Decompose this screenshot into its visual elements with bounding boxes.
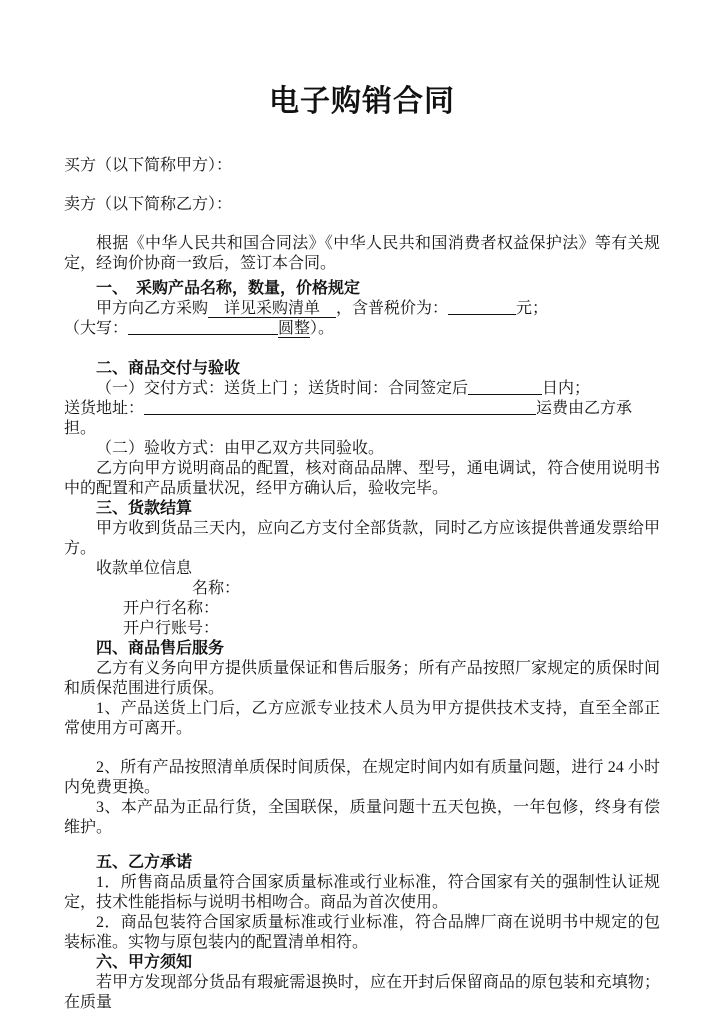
seller-promise-item-1: 1．所售商品质量符合国家质量标准或行业标准，符合国家有关的强制性认证规定，技术性… [64, 873, 660, 913]
amount-blank-underline [128, 320, 278, 335]
payee-name-label: 名称： [64, 579, 660, 599]
document-title: 电子购销合同 [64, 82, 660, 122]
delivery-address-line: 送货地址：运费由乙方承担。 [64, 399, 660, 439]
after-sales-item-3: 3、本产品为正品行货，全国联保，质量问题十五天包换，一年包修，终身有偿维护。 [64, 798, 660, 838]
purchase-prefix-text: 甲方向乙方采购 [96, 300, 208, 317]
preamble-paragraph: 根据《中华人民共和国合同法》《中华人民共和国消费者权益保护法》等有关规定，经询价… [64, 234, 660, 274]
delivery-prefix-text: （一）交付方式：送货上门 ；送货时间：合同签定后 [96, 380, 468, 397]
after-sales-item-1: 1、产品送货上门后，乙方应派专业技术人员为甲方提供技术支持，直至全部正常使用方可… [64, 699, 660, 739]
section-5-heading: 五、乙方承诺 [64, 853, 660, 873]
address-label-text: 送货地址： [64, 400, 144, 417]
party-a-line: 买方（以下简称甲方）： [64, 156, 660, 176]
bank-name-label: 开户行名称： [64, 599, 660, 619]
purchase-list-underlined-text: 详见采购清单 [208, 300, 336, 318]
acceptance-detail-paragraph: 乙方向甲方说明商品的配置，核对商品品牌、型号，通电调试，符合使用说明书中的配置和… [64, 459, 660, 499]
bank-account-label: 开户行账号： [64, 619, 660, 639]
after-sales-intro-paragraph: 乙方有义务向甲方提供质量保证和售后服务；所有产品按照厂家规定的质保时间和质保范围… [64, 659, 660, 699]
section-1-heading: 一、 采购产品名称，数量，价格规定 [64, 279, 660, 299]
buyer-notice-paragraph: 若甲方发现部分货品有瑕疵需退换时，应在开封后保留商品的原包装和充填物；在质量 [64, 973, 660, 1013]
acceptance-method-line: （二）验收方式：由甲乙双方共同验收。 [64, 439, 660, 459]
delivery-days-blank-underline [468, 380, 542, 395]
contract-content: 电子购销合同 买方（以下简称甲方）： 卖方（以下简称乙方）： 根据《中华人民共和… [0, 82, 720, 1013]
seller-promise-item-2: 2．商品包装符合国家质量标准或行业标准，符合品牌厂商在说明书中规定的包装标准。实… [64, 913, 660, 953]
section-4-heading: 四、商品售后服务 [64, 639, 660, 659]
purchase-suffix-text: 元； [516, 300, 548, 317]
after-sales-item-2: 2、所有产品按照清单质保时间质保，在规定时间内如有质量问题，进行 24 小时内免… [64, 758, 660, 798]
amount-close-text: ）。 [310, 320, 334, 337]
purchase-line: 甲方向乙方采购 详见采购清单 ，含普税价为：元； [64, 299, 660, 319]
payee-info-label: 收款单位信息 [64, 559, 660, 579]
delivery-suffix-text: 日内； [542, 380, 590, 397]
purchase-mid-text: ，含普税价为： [336, 300, 448, 317]
amount-suffix-underlined-text: 圆整 [278, 320, 310, 338]
amount-prefix-text: （大写： [64, 320, 128, 337]
price-blank-underline [448, 300, 516, 315]
address-blank-underline [144, 400, 536, 415]
section-2-heading: 二、商品交付与验收 [64, 359, 660, 379]
delivery-method-line: （一）交付方式：送货上门 ；送货时间：合同签定后日内； [64, 379, 660, 399]
section-6-heading: 六、甲方须知 [64, 953, 660, 973]
party-b-line: 卖方（以下简称乙方）： [64, 195, 660, 215]
amount-in-words-line: （大写：圆整）。 [64, 319, 660, 339]
contract-page: 电子购销合同 买方（以下简称甲方）： 卖方（以下简称乙方）： 根据《中华人民共和… [0, 0, 720, 1017]
section-3-heading: 三、货款结算 [64, 499, 660, 519]
payment-terms-paragraph: 甲方收到货品三天内，应向乙方支付全部货款，同时乙方应该提供普通发票给甲方。 [64, 519, 660, 559]
